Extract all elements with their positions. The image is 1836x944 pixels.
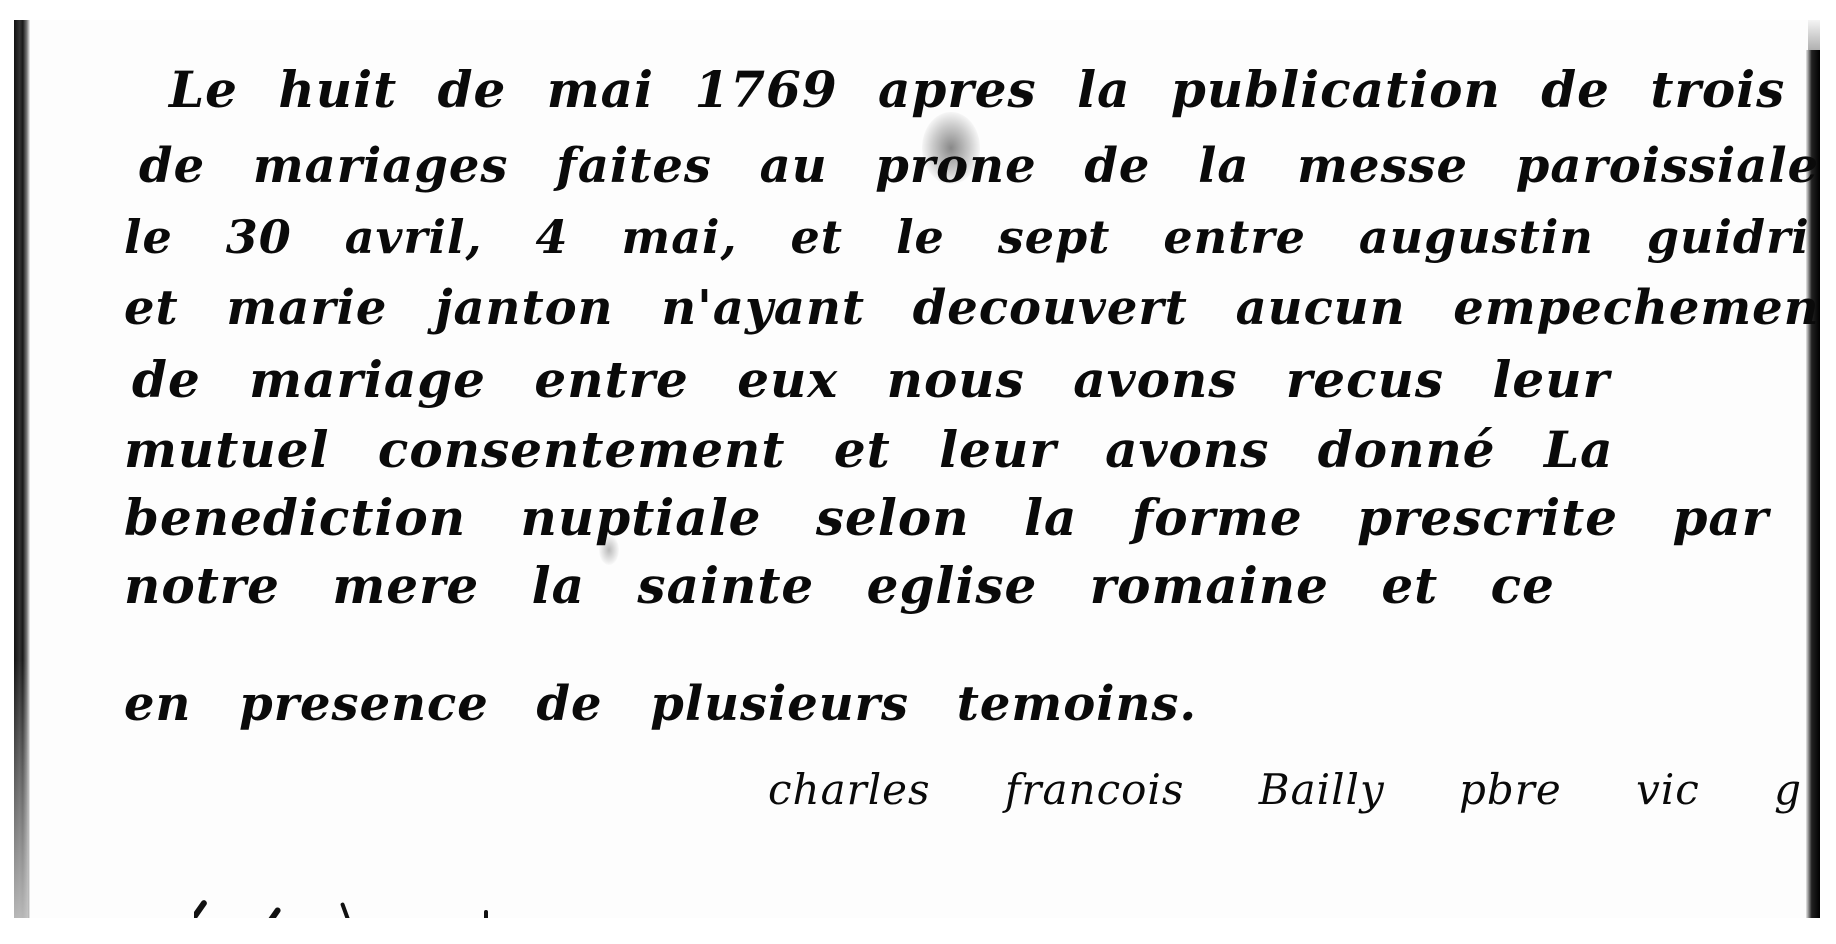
ink-stroke	[194, 899, 208, 918]
ink-stroke	[340, 902, 352, 918]
text-line-6: mutuel consentement et leur avons donné …	[124, 420, 1614, 479]
text-line-2: de mariages faites au prone de la messe …	[139, 138, 1819, 194]
text-line-3: le 30 avril, 4 mai, et le sept entre aug…	[124, 210, 1810, 264]
text-line-9: en presence de plusieurs temoins.	[124, 676, 1197, 732]
text-line-1: Le huit de mai 1769 apres la publication…	[169, 60, 1820, 119]
text-line-4: et marie janton n'ayant decouvert aucun …	[124, 280, 1820, 336]
ink-stroke	[264, 906, 282, 918]
scanned-document-page: Le huit de mai 1769 apres la publication…	[14, 20, 1820, 918]
text-line-7: benediction nuptiale selon la forme pres…	[124, 488, 1769, 547]
cut-off-next-entry-strokes	[194, 896, 594, 918]
text-line-8: notre mere la sainte eglise romaine et c…	[124, 556, 1555, 615]
signature-priest: Bailly pbre vic g	[1259, 765, 1802, 814]
ink-stroke	[484, 910, 488, 918]
page-edge-fade	[14, 660, 28, 918]
text-line-5: de mariage entre eux nous avons recus le…	[132, 350, 1610, 409]
signature-block: charles francois Bailly pbre vic g	[768, 765, 1802, 814]
signature-witness: charles francois	[768, 765, 1184, 814]
